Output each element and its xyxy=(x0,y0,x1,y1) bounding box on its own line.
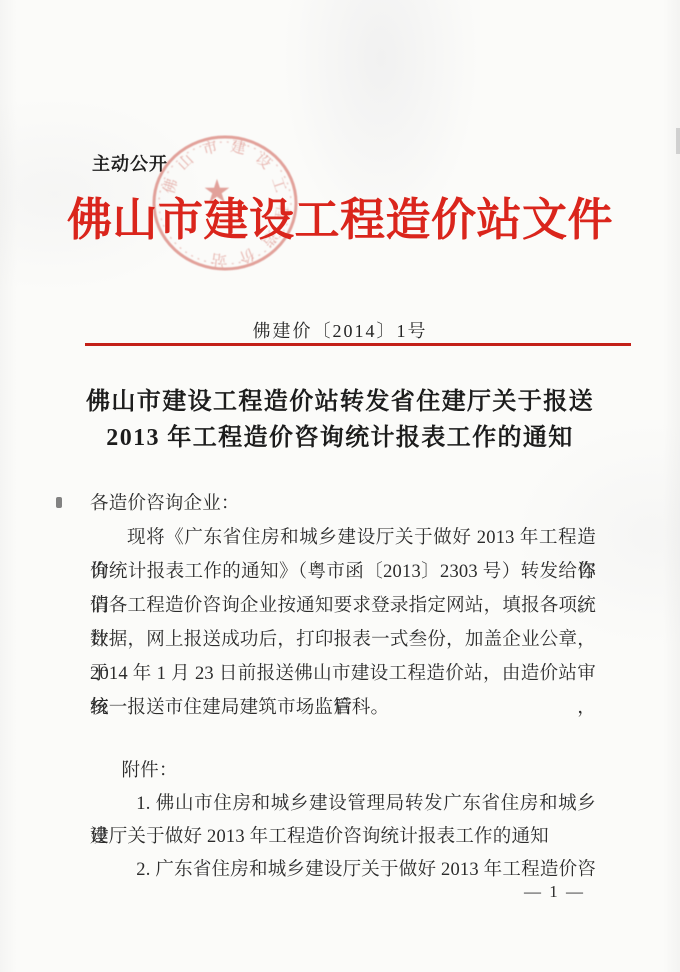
letterhead-title: 佛山市建设工程造价站文件 xyxy=(0,192,680,248)
attachments-section: 附件：1. 佛山市住房和城乡建设管理局转发广东省住房和城乡建设厅关于做好 201… xyxy=(90,755,596,887)
text-line: 请各工程造价咨询企业按通知要求登录指定网站，填报各项统计 xyxy=(90,589,596,623)
text-line: 2. 广东省住房和城乡建设厅关于做好 2013 年工程造价咨 xyxy=(90,854,596,887)
text-line: 附件： xyxy=(90,755,596,788)
red-separator-rule xyxy=(85,343,631,346)
document-title-line-2: 2013 年工程造价咨询统计报表工作的通知 xyxy=(40,420,640,456)
scan-speck xyxy=(56,497,62,508)
document-body: 各造价咨询企业：现将《广东省住房和城乡建设厅关于做好 2013 年工程造价咨询统… xyxy=(90,487,596,725)
document-number: 佛建价〔2014〕1号 xyxy=(0,317,680,343)
document-title-line-1: 佛山市建设工程造价站转发省住建厅关于报送 xyxy=(40,384,640,420)
text-line: 数据，网上报送成功后，打印报表一式叁份，加盖企业公章，于 xyxy=(90,623,596,657)
text-line: 现将《广东省住房和城乡建设厅关于做好 2013 年工程造价咨 xyxy=(90,521,596,555)
text-line: 询统计报表工作的通知》（粤市函〔2013〕2303 号）转发给你们。 xyxy=(90,555,596,589)
page-number: — 1 — xyxy=(524,882,585,902)
scanned-document-page: 主动公开 佛山市建设工程造价站 ★ 佛山市建设工程造价站文件 佛建价〔2014〕… xyxy=(0,0,680,972)
text-line: 1. 佛山市住房和城乡建设管理局转发广东省住房和城乡建 xyxy=(90,788,596,821)
text-line: 设厅关于做好 2013 年工程造价咨询统计报表工作的通知 xyxy=(90,821,596,854)
document-title: 佛山市建设工程造价站转发省住建厅关于报送 2013 年工程造价咨询统计报表工作的… xyxy=(40,384,640,456)
text-line: 各造价咨询企业： xyxy=(90,487,596,521)
scan-edge-artifact xyxy=(676,128,680,154)
text-line: 2014 年 1 月 23 日前报送佛山市建设工程造价站，由造价站审核后， xyxy=(90,657,596,691)
